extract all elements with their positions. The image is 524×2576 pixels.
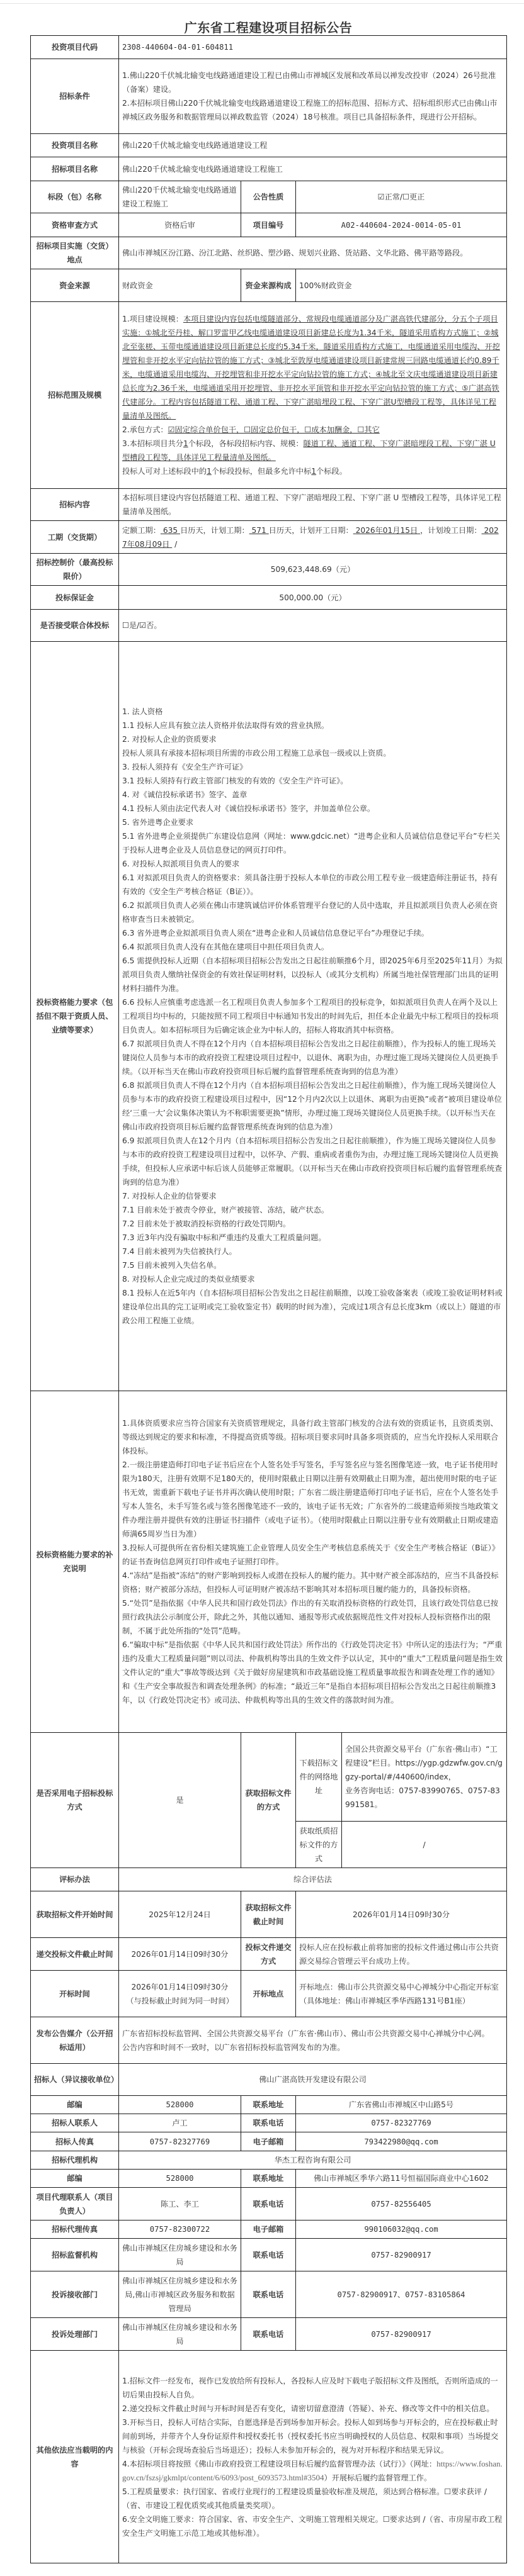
value-location: 佛山市禅城区汾江路、汾江北路、丝织路、塑沙路、规划兴业路、货站路、文华北路、佛平… [119, 237, 507, 269]
label-funding: 资金来源 [31, 269, 119, 302]
row-qualification: 资格审查方式 资格后审 项目编号 A02-440604-2024-0014-05… [31, 213, 507, 237]
requirement-line: 3.1 投标人须持有行政主管部门核发的有效的《安全生产许可证》。 [122, 774, 503, 788]
label-consortium: 是否接受联合体投标 [31, 610, 119, 642]
value-tenderer-email: 793422980@qq.com [296, 2132, 507, 2151]
label-agency-zip: 邮编 [31, 2170, 119, 2188]
value-agency-fax: 0757-82300722 [119, 2220, 241, 2239]
value-obtain-start: 2025年12月24日 [119, 1891, 241, 1938]
label-tenderer: 招标人（异议接收单位） [31, 2064, 119, 2096]
row-other: 其他依法应当载明的内容 1.招标文件一经发布，视作已发放给所有投标人，各投标人应… [31, 2351, 507, 2563]
label-complaint-handle: 投诉处理部门 [31, 2318, 119, 2351]
requirement-line: 7.3 近3年内没有骗取中标和严重违约及重大工程质量问题。 [122, 1231, 503, 1245]
value-complaint-handle: 佛山市禅城区住房城乡建设和水务局 [119, 2318, 241, 2351]
value-project-number: A02-440604-2024-0014-05-01 [296, 213, 507, 237]
label-opening-place: 开标地点 [241, 1971, 296, 2017]
max-award-count: 1 [311, 467, 316, 476]
scope-item-3-prefix: 3.本招标项目共分 [122, 439, 183, 448]
label-supplement: 投标资格能力要求的补充说明 [31, 1391, 119, 1733]
value-media: 广东省招标投标监管网、全国公共资源交易平台（广东省·佛山市）、佛山市公共资源交易… [119, 2017, 507, 2064]
quota-days: 635 [161, 526, 180, 535]
value-tenderer-address: 广东省佛山市禅城区中山路5号 [296, 2096, 507, 2114]
row-electronic: 是否采用电子招标投标方式 是 获取招标文件的方式 下载招标文件的网络地址 全国公… [31, 1733, 507, 1822]
requirement-line: 6.6 投标人应慎重考虑选派一名工程项目负责人参加多个工程项目的投标竞争，如拟派… [122, 995, 503, 1037]
period-tail: / [174, 540, 177, 549]
row-media: 发布公告媒介（公开招标适用） 广东省招标投标监管网、全国公共资源交易平台（广东省… [31, 2017, 507, 2064]
row-tenderer-contact: 招标人联系人 卢工 联系电话 0757-82327769 [31, 2114, 507, 2132]
condition-line: 2.本招标项目佛山220千伏城北输变电线路通道建设工程施工的招标范围、招标方式、… [122, 96, 503, 124]
row-project-code: 投资项目代码 2308-440604-04-01-604811 [31, 36, 507, 59]
requirement-line: 4. 对《诚信投标承诺书》签字、盖章 [122, 788, 503, 802]
requirement-line: 7.2 目前未处于被取消投标资格的行政处罚期内。 [122, 1217, 503, 1231]
other-item-1: 1.招标文件一经发布，视作已发放给所有投标人，各投标人应及时下载电子版招标文件及… [122, 2374, 503, 2402]
scope-item-2-prefix: 2.承包方式： [122, 425, 168, 434]
row-requirements: 投标资格能力要求（包括但不限于资质人员、业绩等要求） 1. 法人资格 1.1 投… [31, 642, 507, 1391]
label-agency-contact: 项目代理联系人（项目负责人） [31, 2188, 119, 2220]
value-period: 定额工期： 635 日历天，计划工期： 571 日历天，计划开工日期： 2026… [119, 521, 507, 554]
quota-days-value: 635 [163, 526, 178, 535]
label-tenderer-contact: 招标人联系人 [31, 2114, 119, 2132]
value-submit-method: 投标人应在投标截止前将加密的投标文件通过佛山市公共资源交易综合管理云平台成功上传… [296, 1938, 507, 1971]
scope-item-2: 2.承包方式：☑固定综合单价包干，☐固定总价包干，☐成本加酬金，☐其它 [122, 423, 503, 437]
value-tenderer-contact: 卢工 [119, 2114, 241, 2132]
scope-item-1-text: 本项目建设内容包括电缆隧道部分、常规段电缆通道部分及广湛高铁代建部分，分五个子项… [122, 315, 500, 420]
value-supervision: 佛山市禅城区住房城乡建设和水务局 [119, 2239, 241, 2271]
end-date-label: ，计划竣工日期： [420, 526, 482, 535]
supplement-line: 3.投标人可提供所在省份相关建筑施工企业管理人员安全生产考核信息系统关于《安全生… [122, 1541, 503, 1569]
requirement-line: 5.1 省外进粤企业须提供广东建设信息网（网址：www.gdcic.net）“进… [122, 829, 503, 857]
start-date-value: 2026年01月15日 [356, 526, 418, 535]
label-tenderer-zip: 邮编 [31, 2096, 119, 2114]
requirement-line: 7.5 目前未被列入失信名单。 [122, 1258, 503, 1272]
label-tender-name: 招标项目名称 [31, 157, 119, 181]
requirement-line: 7. 对投标人企业的信誉要求 [122, 1189, 503, 1203]
requirement-line: 6.9 拟派项目负责人在12个月内（自本招标项目招标公告发出之日起往前顺推），作… [122, 1134, 503, 1189]
value-complaint-handle-phone: 0757-82900917 [296, 2318, 507, 2351]
row-conditions: 招标条件 1.佛山220千伏城北输变电线路通道建设工程已由佛山市禅城区发展和改革… [31, 59, 507, 134]
condition-line: 1.佛山220千伏城北输变电线路通道建设工程已由佛山市禅城区发展和改革局以禅发改… [122, 69, 503, 96]
value-complaint-receive-phone: 0757-82900917、0757-83105864 [296, 2271, 507, 2318]
value-complaint-receive: 佛山市禅城区住房城乡建设和水务局,佛山市禅城区政务服务和数据管理局 [119, 2271, 241, 2318]
value-supervision-phone: 0757-82900917 [296, 2239, 507, 2271]
row-complaint-receive: 投诉接收部门 佛山市禅城区住房城乡建设和水务局,佛山市禅城区政务服务和数据管理局… [31, 2271, 507, 2318]
requirement-line: 6. 对投标人拟派项目负责人的要求 [122, 857, 503, 871]
label-tenderer-phone: 联系电话 [241, 2114, 296, 2132]
label-evaluation: 评标办法 [31, 1868, 119, 1891]
requirement-line: 6.3 省外进粤企业拟派项目负责人须在“进粤企业和人员诚信信息登记平台”办理登记… [122, 926, 503, 940]
row-supervision: 招标监督机构 佛山市禅城区住房城乡建设和水务局 联系电话 0757-829009… [31, 2239, 507, 2271]
other-item-4: 4.本招标项目将按照《佛山市政府投资工程建设项目标后履约监督管理办法（试行）》（… [122, 2457, 503, 2485]
row-location: 招标项目实施（交货）地点 佛山市禅城区汾江路、汾江北路、丝织路、塑沙路、规划兴业… [31, 237, 507, 269]
value-obtain-end: 2026年01月14日09时30分 [296, 1891, 507, 1938]
row-control-price: 招标控制价（最高投标限价） 509,623,448.69（元） [31, 554, 507, 586]
value-funding-composition: 100%财政资金 [296, 269, 507, 302]
value-investment-name: 佛山220千伏城北输变电线路通道建设工程 [119, 134, 507, 157]
row-tenderer-fax: 招标人传真 0757-82327769 电子邮箱 793422980@qq.co… [31, 2132, 507, 2151]
label-other: 其他依法应当载明的内容 [31, 2351, 119, 2563]
value-agency: 华杰工程咨询有限公司 [119, 2151, 507, 2170]
label-obtain-end: 获取招标文件截止时间 [241, 1891, 296, 1938]
scope-item-3-mid: 个标段，各标段招标内容、规模： [188, 439, 304, 448]
scope-item-4-prefix: 投标人可对上述标段中的 [122, 467, 207, 476]
row-supplement: 投标资格能力要求的补充说明 1.具体资质要求应当符合国家有关资质管理规定，具备行… [31, 1391, 507, 1733]
days-unit-2: 日历天，计划开工日期： [269, 526, 353, 535]
top-divider [0, 3, 524, 4]
row-scope: 招标范围及规模 1.项目建设规模：本项目建设内容包括电缆隧道部分、常规段电缆通道… [31, 302, 507, 489]
supplement-line: 6.“骗取中标”是指依据《中华人民共和国行政处罚法》所作出的《行政处罚决定书》中… [122, 1638, 503, 1707]
scope-item-4: 投标人可对上述标段中的1个标段投标，但最多允许中标1个标段。 [122, 464, 503, 478]
value-scope: 1.项目建设规模：本项目建设内容包括电缆隧道部分、常规段电缆通道部分及广湛高铁代… [119, 302, 507, 489]
page-title: 广东省工程建设项目招标公告 [0, 18, 524, 36]
row-tender-name: 招标项目名称 佛山220千伏城北输变电线路通道建设工程施工 [31, 157, 507, 181]
value-agency-address: 佛山市禅城区季华六路11号恒福国际商业中心1602 [296, 2170, 507, 2188]
row-content: 招标内容 本招标项目建设内容包括隧道工程、通道工程、下穿广湛暗埋段工程、下穿广湛… [31, 489, 507, 521]
days-unit: 日历天，计划工期： [180, 526, 249, 535]
label-agency-address: 联系地址 [241, 2170, 296, 2188]
hotline: 业务咨询电话：0757-83990765、0757-83991581。 [345, 1784, 503, 1812]
label-qualification: 资格审查方式 [31, 213, 119, 237]
value-tenderer-fax: 0757-82327769 [119, 2132, 241, 2151]
value-tenderer: 佛山广湛高铁开发建设有限公司 [119, 2064, 507, 2096]
label-project-number: 项目编号 [241, 213, 296, 237]
row-obtain-time: 获取招标文件开始时间 2025年12月24日 获取招标文件截止时间 2026年0… [31, 1891, 507, 1938]
requirement-line: 1.1 投标人应具有独立法人资格并依法取得有效的营业执照。 [122, 719, 503, 732]
notice-table: 投资项目代码 2308-440604-04-01-604811 招标条件 1.佛… [30, 35, 507, 2563]
label-complaint-receive: 投诉接收部门 [31, 2271, 119, 2318]
label-section: 标段（包）名称 [31, 181, 119, 213]
bid-section-count: 1 [207, 467, 212, 476]
scope-item-4-mid: 个标段投标，但最多允许中标 [212, 467, 311, 476]
label-download-url: 下载招标文件的网络地址 [296, 1733, 342, 1822]
requirement-line: 4.1 投标人须由法定代表人对《诚信投标承诺书》签字，并加盖单位公章。 [122, 802, 503, 815]
row-submit: 递交投标文件截止时间 2026年01月14日09时30分 投标文件递交方式 投标… [31, 1938, 507, 1971]
label-submit-deadline: 递交投标文件截止时间 [31, 1938, 119, 1971]
label-location: 招标项目实施（交货）地点 [31, 237, 119, 269]
requirement-line: 6.2 拟派项目负责人必须在佛山市建筑诚信评价体系管理平台登记的人员中选取，并且… [122, 899, 503, 926]
scope-item-4-suffix: 个标段。 [316, 467, 347, 476]
other-item-6: 6.安全文明施工要求：符合国家、省、市安全生产、文明施工管理相关规定。☐要求达到… [122, 2512, 503, 2540]
row-funding: 资金来源 财政资金 资金来源构成 100%财政资金 [31, 269, 507, 302]
label-period: 工期（交货期） [31, 521, 119, 554]
label-media: 发布公告媒介（公开招标适用） [31, 2017, 119, 2064]
label-agency-fax: 招标代理传真 [31, 2220, 119, 2239]
other-item-2: 2.递交投标文件截止时间与开标时间是否有变化，请密切留意澄清（答疑）、补充、修改… [122, 2402, 503, 2416]
other-item-5: 5.工程质量要求：执行国家、省或行业现行的工程建设质量验收标准及规范，须达到合格… [122, 2485, 503, 2512]
row-agency-contact: 项目代理联系人（项目负责人） 陈工、李工 联系电话 0757-82556405 [31, 2188, 507, 2220]
value-supplement: 1.具体资质要求应当符合国家有关资质管理规定，具备行政主管部门核发的合法有效的资… [119, 1391, 507, 1733]
requirement-line: 6.5 需提供投标人近期（自本招标项目招标公告发出之日起往前顺推6个月，即202… [122, 954, 503, 995]
label-opening-time: 开标时间 [31, 1971, 119, 2017]
label-investment-name: 投资项目名称 [31, 134, 119, 157]
value-tenderer-phone: 0757-82327769 [296, 2114, 507, 2132]
value-conditions: 1.佛山220千伏城北输变电线路通道建设工程已由佛山市禅城区发展和改革局以禅发改… [119, 59, 507, 134]
media-line: 广东省招标投标监管网、全国公共资源交易平台（广东省·佛山市）、佛山市公共资源交易… [122, 2027, 503, 2041]
value-submit-deadline: 2026年01月14日09时30分 [119, 1938, 241, 1971]
row-complaint-handle: 投诉处理部门 佛山市禅城区住房城乡建设和水务局 联系电话 0757-829009… [31, 2318, 507, 2351]
label-scope: 招标范围及规模 [31, 302, 119, 489]
label-tenderer-fax: 招标人传真 [31, 2132, 119, 2151]
quota-period-label: 定额工期： [122, 526, 161, 535]
label-agency-email: 电子邮箱 [241, 2220, 296, 2239]
label-tenderer-address: 联系地址 [241, 2096, 296, 2114]
requirement-line: 7.4 目前未被列为失信被执行人。 [122, 1245, 503, 1258]
label-electronic: 是否采用电子招标投标方式 [31, 1733, 119, 1868]
value-agency-contact: 陈工、李工 [119, 2188, 241, 2220]
value-tender-name: 佛山220千伏城北输变电线路通道建设工程施工 [119, 157, 507, 181]
notice-nature-checkbox: ☑正常/☐更正 [296, 181, 507, 213]
value-funding: 财政资金 [119, 269, 241, 302]
label-obtain-start: 获取招标文件开始时间 [31, 1891, 119, 1938]
row-section: 标段（包）名称 佛山220千伏城北输变电线路通道建设工程施工 公告性质 ☑正常/… [31, 181, 507, 213]
requirement-line: 8.1 投标人在近5年内（自本招标项目招标公告发出之日起往前顺推，以竣工验收备案… [122, 1286, 503, 1328]
consortium-checkbox: ☐是/☑否。 [119, 610, 507, 642]
requirement-line: 6.4 拟派项目负责人没有在其他在建项目中担任项目负责人。 [122, 940, 503, 954]
download-url-link[interactable]: 全国公共资源交易平台（广东省·佛山市）“工程建设”栏目。https://ygp.… [345, 1742, 503, 1784]
value-agency-phone: 0757-82556405 [296, 2188, 507, 2220]
value-control-price: 509,623,448.69（元） [119, 554, 507, 586]
value-qualification: 资格后审 [119, 213, 241, 237]
value-opening-place: 开标地点：佛山市公共资源交易中心禅城分中心指定开标室（具体地址：佛山市禅城区季华… [296, 1971, 507, 2017]
label-notice-nature: 公告性质 [241, 181, 296, 213]
value-deposit: 500,000.00（元） [119, 586, 507, 610]
supplement-line: 2.一级注册建造师打印电子证书后应在个人签名处手写签名，手写签名应与签名图像笔迹… [122, 1458, 503, 1541]
requirement-line: 投标人须具有承接本招标项目所需的市政公用工程施工总承包一级或以上资质。 [122, 746, 503, 760]
row-investment-name: 投资项目名称 佛山220千伏城北输变电线路通道建设工程 [31, 134, 507, 157]
value-agency-zip: 528000 [119, 2170, 241, 2188]
opening-time: 2026年01月14日09时30分 [122, 1980, 237, 1994]
row-evaluation: 评标办法 综合评估法 [31, 1868, 507, 1891]
label-complaint-receive-phone: 联系电话 [241, 2271, 296, 2318]
label-agency: 招标代理机构 [31, 2151, 119, 2170]
value-project-code: 2308-440604-04-01-604811 [119, 36, 507, 59]
label-requirements: 投标资格能力要求（包括但不限于资质人员、业绩等要求） [31, 642, 119, 1391]
value-download: 全国公共资源交易平台（广东省·佛山市）“工程建设”栏目。https://ygp.… [342, 1733, 507, 1822]
scope-item-1-prefix: 1.项目建设规模： [122, 315, 183, 323]
supplement-line: 5.“处罚”是指依据《中华人民共和国行政处罚法》作出的有关取消投标资格的行政处罚… [122, 1596, 503, 1638]
label-obtain-method: 获取招标文件的方式 [241, 1733, 296, 1868]
row-agency-zip: 邮编 528000 联系地址 佛山市禅城区季华六路11号恒福国际商业中心1602 [31, 2170, 507, 2188]
section-count: 1 [183, 439, 188, 448]
label-supervision-phone: 联系电话 [241, 2239, 296, 2271]
label-project-code: 投资项目代码 [31, 36, 119, 59]
value-opening-time: 2026年01月14日09时30分 （与投标截止时间为同一时间） [119, 1971, 241, 2017]
row-period: 工期（交货期） 定额工期： 635 日历天，计划工期： 571 日历天，计划开工… [31, 521, 507, 554]
label-supervision: 招标监督机构 [31, 2239, 119, 2271]
value-requirements: 1. 法人资格 1.1 投标人应具有独立法人资格并依法取得有效的营业执照。 2.… [119, 642, 507, 1391]
plan-days: 571 [249, 526, 269, 535]
other-item-4-prefix: 4.本招标项目将按照《佛山市政府投资工程建设项目标后履约监督管理办法（试行）》（… [122, 2460, 436, 2468]
row-consortium: 是否接受联合体投标 ☐是/☑否。 [31, 610, 507, 642]
requirement-line: 7.1 目前未处于被责令停业，财产被接管、冻结，破产状态。 [122, 1203, 503, 1217]
label-agency-phone: 联系电话 [241, 2188, 296, 2220]
value-tenderer-zip: 528000 [119, 2096, 241, 2114]
requirement-line: 3. 投标人须持有《安全生产许可证》 [122, 760, 503, 774]
other-item-3: 3.开标当日，投标人可结合实际，自愿选择是否到场参加开标会。投标人如到场参与开标… [122, 2416, 503, 2457]
label-paper-method: 获取纸质招标文件的方式 [296, 1822, 342, 1868]
media-note: 公告内容和时间不一致时，以广东省招标投标监管网发布的为准。 [122, 2041, 503, 2054]
value-content: 本招标项目建设内容包括隧道工程、通道工程、下穿广湛暗埋段工程、下穿广湛 U 型槽… [119, 489, 507, 521]
label-deposit: 投标保证金 [31, 586, 119, 610]
row-agency-fax: 招标代理传真 0757-82300722 电子邮箱 990106032@qq.c… [31, 2220, 507, 2239]
label-content: 招标内容 [31, 489, 119, 521]
requirement-line: 1. 法人资格 [122, 705, 503, 719]
value-evaluation: 综合评估法 [119, 1868, 507, 1891]
value-section: 佛山220千伏城北输变电线路通道建设工程施工 [119, 181, 241, 213]
scope-item-1: 1.项目建设规模：本项目建设内容包括电缆隧道部分、常规段电缆通道部分及广湛高铁代… [122, 312, 503, 423]
label-funding-composition: 资金来源构成 [241, 269, 296, 302]
requirement-line: 2. 对投标人企业的资质要求 [122, 732, 503, 746]
value-agency-email: 990106032@qq.com [296, 2220, 507, 2239]
row-tenderer: 招标人（异议接收单位） 佛山广湛高铁开发建设有限公司 [31, 2064, 507, 2096]
requirement-line: 6.8 拟派项目负责人不得在12个月内（自本招标项目招标公告发出之日起往前顺推）… [122, 1078, 503, 1134]
label-submit-method: 投标文件递交方式 [241, 1938, 296, 1971]
supplement-line: 1.具体资质要求应当符合国家有关资质管理规定，具备行政主管部门核发的合法有效的资… [122, 1416, 503, 1458]
row-tenderer-zip: 邮编 528000 联系地址 广东省佛山市禅城区中山路5号 [31, 2096, 507, 2114]
label-conditions: 招标条件 [31, 59, 119, 134]
plan-days-value: 571 [252, 526, 266, 535]
label-control-price: 招标控制价（最高投标限价） [31, 554, 119, 586]
scope-item-3: 3.本招标项目共分1个标段，各标段招标内容、规模：隧道工程、通道工程、下穿广湛暗… [122, 437, 503, 464]
contract-type-checkboxes: ☑固定综合单价包干，☐固定总价包干，☐成本加酬金，☐其它 [168, 425, 380, 434]
requirement-line: 8. 对投标人企业完成过的类似业绩要求 [122, 1272, 503, 1286]
requirement-line: 6.1 对拟派项目负责人的资格要求：须具备注册于投标人本单位的市政公用工程专业一… [122, 871, 503, 899]
opening-time-note: （与投标截止时间为同一时间） [122, 1994, 237, 2008]
value-paper-method: / [342, 1822, 507, 1868]
label-tenderer-email: 电子邮箱 [241, 2132, 296, 2151]
row-agency: 招标代理机构 华杰工程咨询有限公司 [31, 2151, 507, 2170]
start-date: 2026年01月15日 [353, 526, 420, 535]
requirement-line: 5. 省外进粤企业要求 [122, 815, 503, 829]
value-electronic: 是 [119, 1733, 241, 1868]
row-deposit: 投标保证金 500,000.00（元） [31, 586, 507, 610]
row-opening: 开标时间 2026年01月14日09时30分 （与投标截止时间为同一时间） 开标… [31, 1971, 507, 2017]
requirement-line: 6.7 拟派项目负责人不得在12个月内（自本招标项目招标公告发出之日起往前顺推）… [122, 1037, 503, 1078]
value-other: 1.招标文件一经发布，视作已发放给所有投标人，各投标人应及时下载电子版招标文件及… [119, 2351, 507, 2563]
supplement-line: 4.“冻结”是指被“冻结”的财产影响到投标人或潜在投标人的履约能力。其中财产被全… [122, 1569, 503, 1596]
label-complaint-handle-phone: 联系电话 [241, 2318, 296, 2351]
other-item-4-suffix: ）开展标后履约监督管理工作。 [324, 2473, 432, 2482]
